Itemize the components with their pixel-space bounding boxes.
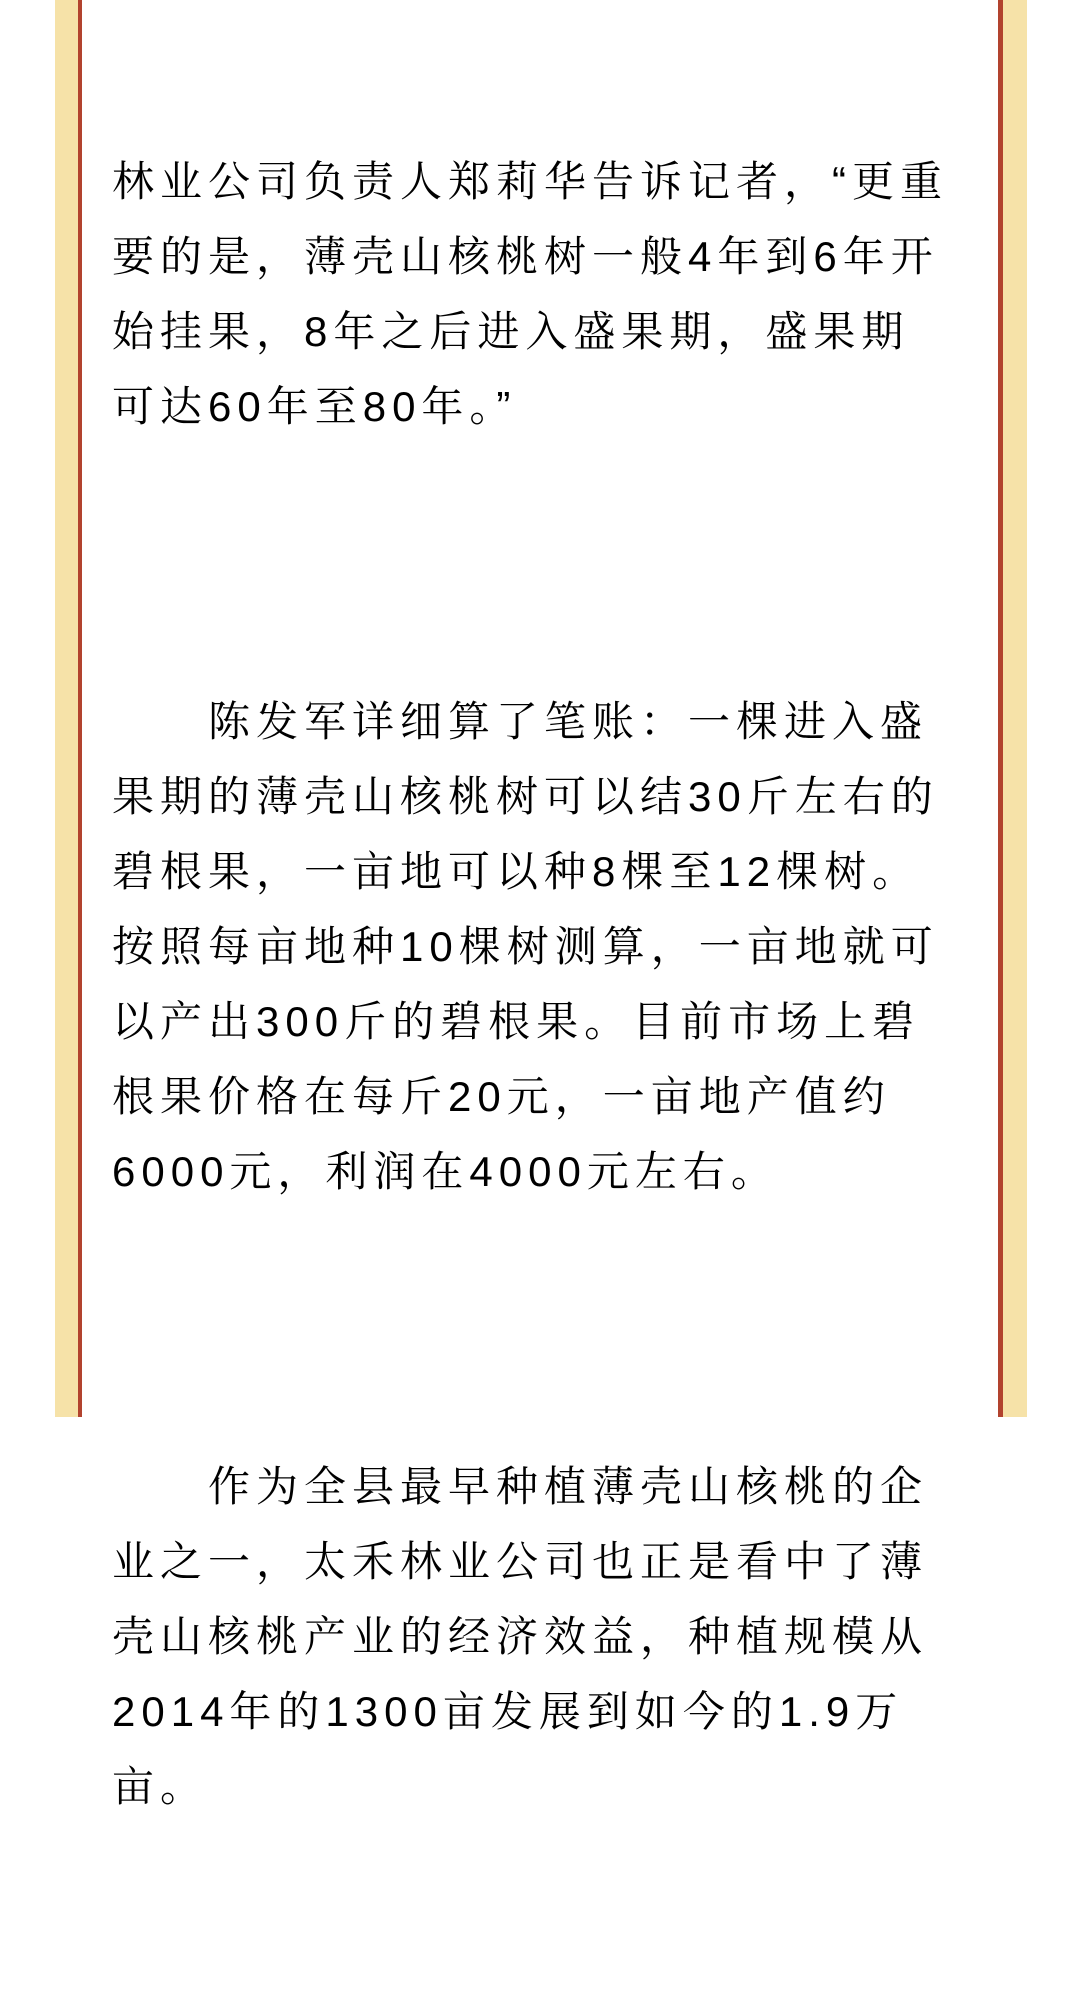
left-cream-border xyxy=(55,0,78,1417)
article-body: 林业公司负责人郑莉华告诉记者，“更重 要的是，薄壳山核桃树一般4年到6年开 始挂… xyxy=(82,0,998,1417)
paragraph-quote-continuation: 林业公司负责人郑莉华告诉记者，“更重 要的是，薄壳山核桃树一般4年到6年开 始挂… xyxy=(112,144,998,444)
right-cream-border xyxy=(1003,0,1027,1417)
paragraph-yield-economics: 陈发军详细算了笔账：一棵进入盛 果期的薄壳山核桃树可以结30斤左右的 碧根果，一… xyxy=(112,684,998,1209)
